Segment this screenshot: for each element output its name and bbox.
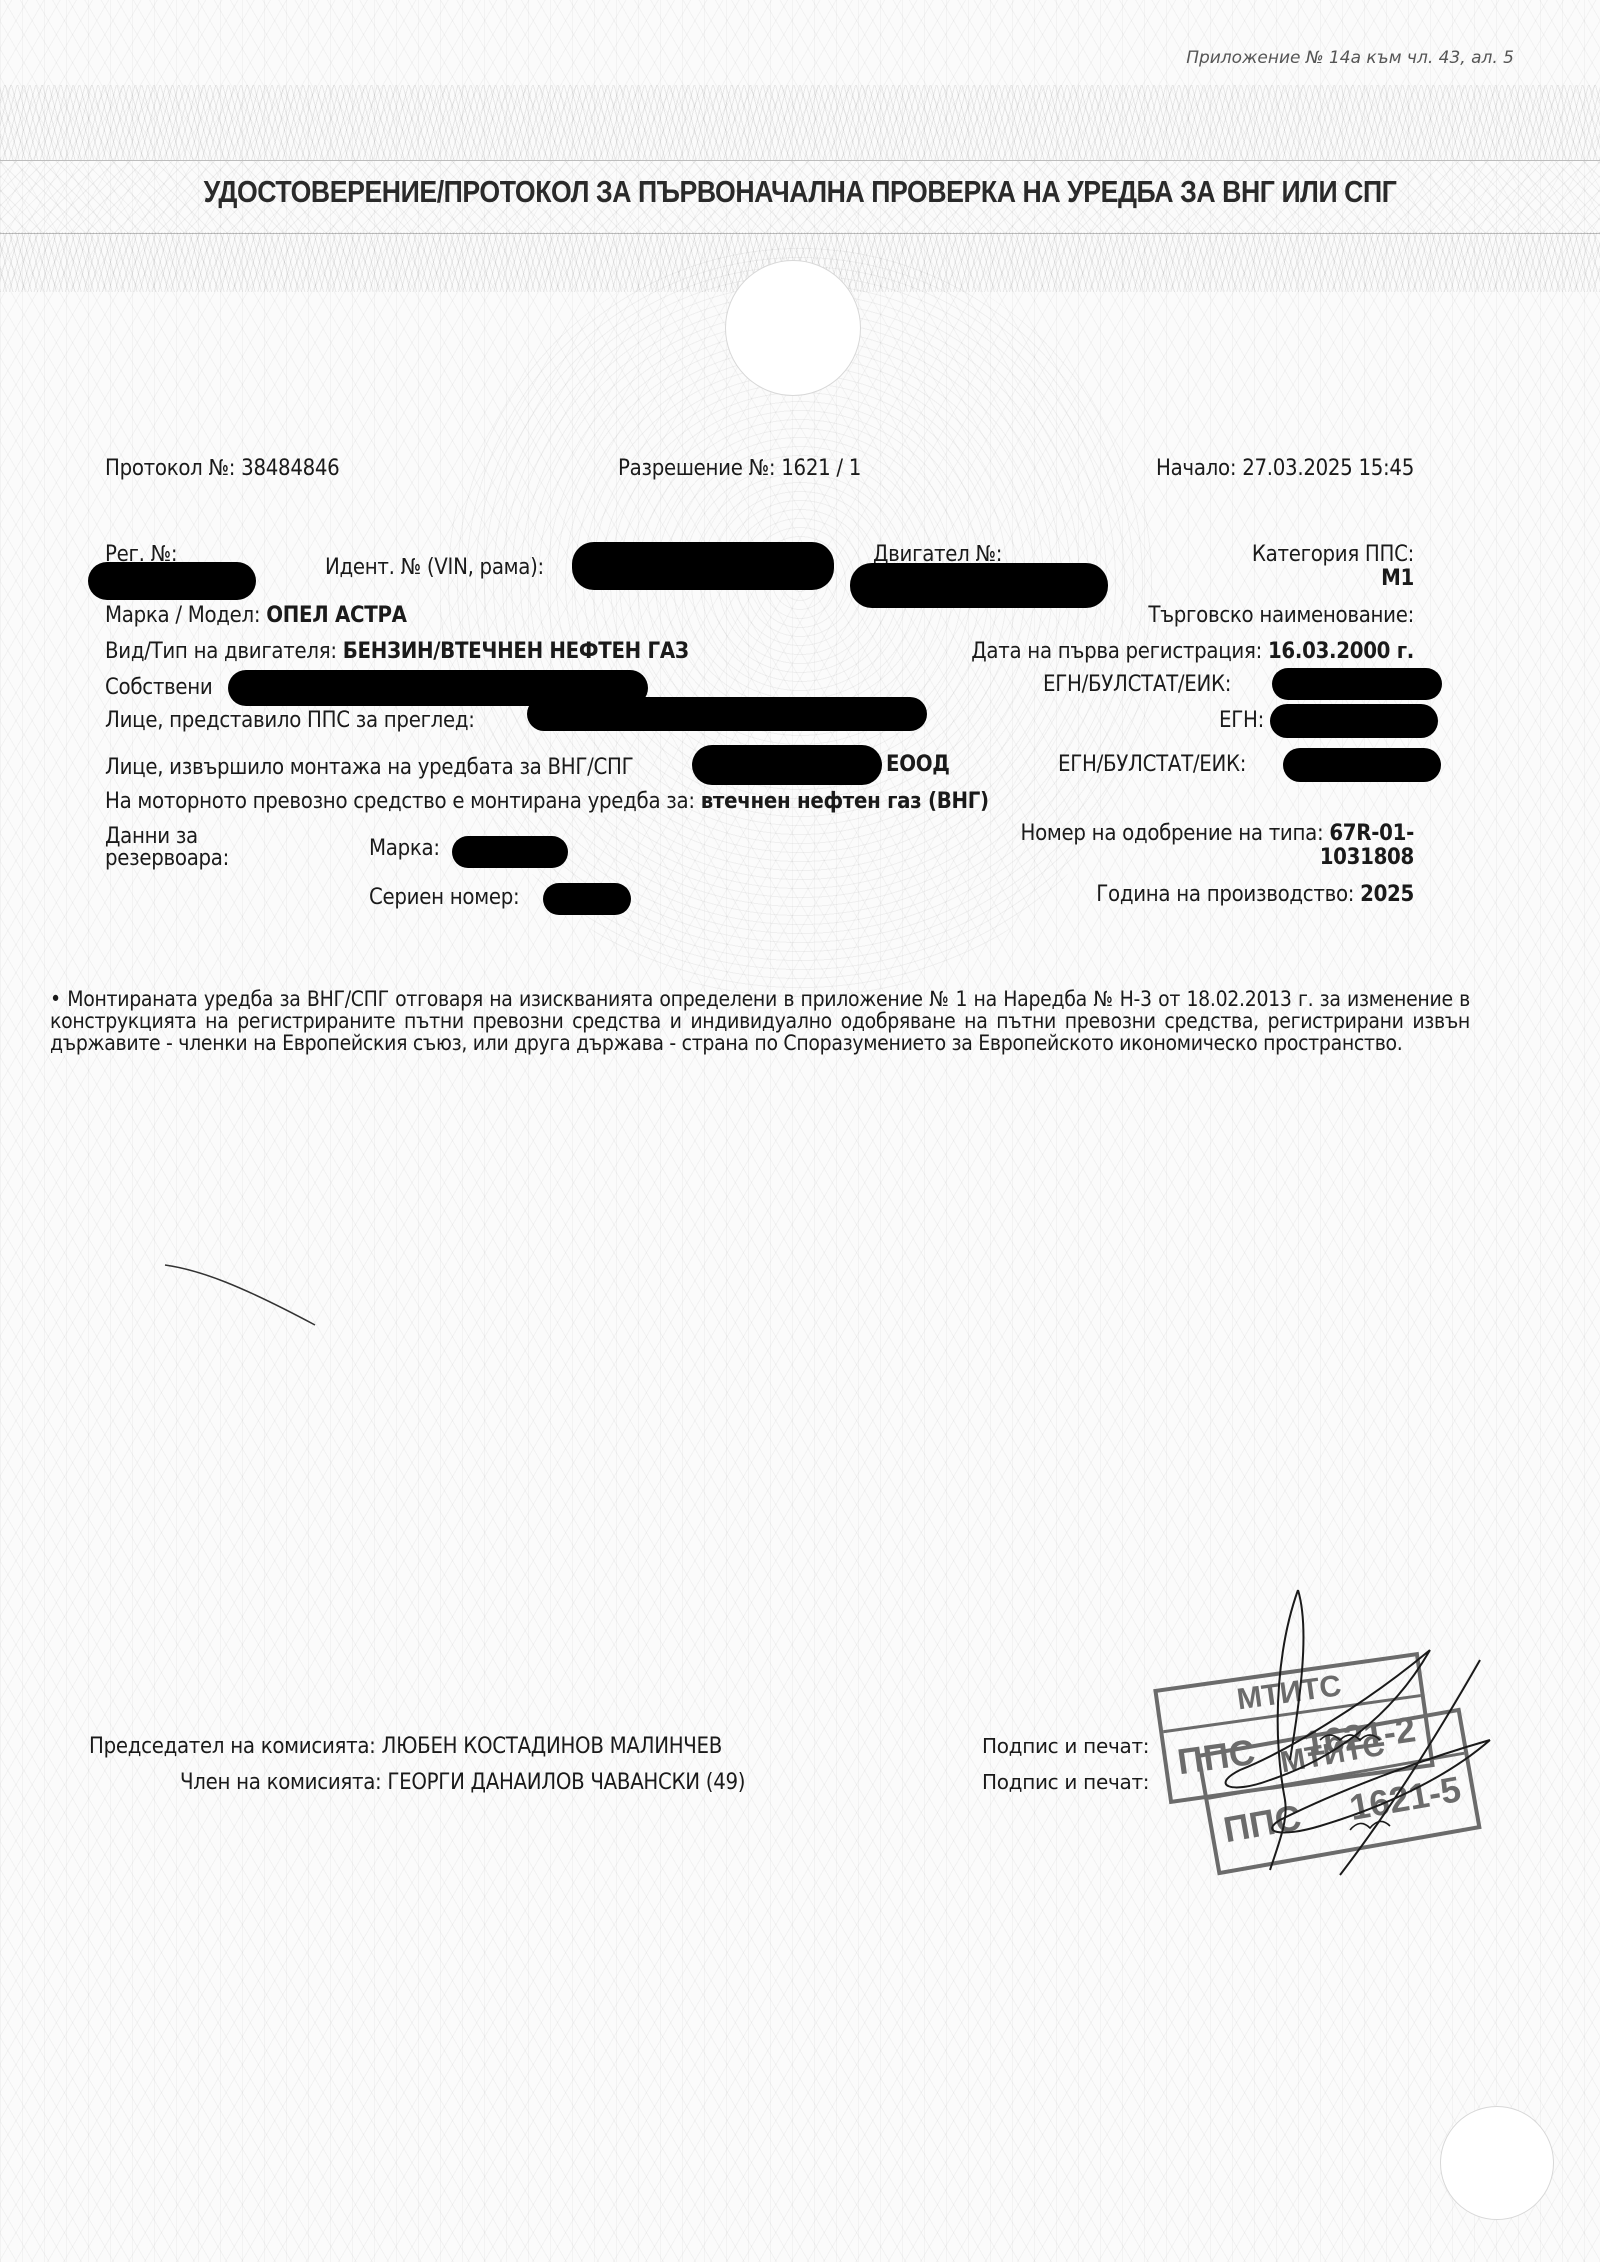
document-title: УДОСТОВЕРЕНИЕ/ПРОТОКОЛ ЗА ПЪРВОНАЧАЛНА П…: [112, 174, 1488, 210]
permit-number: Разрешение №: 1621 / 1: [618, 456, 861, 481]
chair-name: ЛЮБЕН КОСТАДИНОВ МАЛИНЧЕВ: [382, 1734, 723, 1759]
type-approval-value-line2: 1031808: [1021, 846, 1414, 870]
owner-label: Собствени: [105, 675, 213, 700]
start-value: 27.03.2025 15:45: [1242, 456, 1414, 481]
production-year-label: Година на производство:: [1096, 882, 1354, 907]
compliance-statement: • Монтираната уредба за ВНГ/СПГ отговаря…: [50, 988, 1470, 1054]
engine-type-value: БЕНЗИН/ВТЕЧНЕН НЕФТЕН ГАЗ: [343, 639, 689, 664]
protocol-number-label: Протокол №:: [105, 456, 235, 481]
tank-data-label-line1: Данни за: [105, 826, 229, 848]
tank-make-label: Марка:: [369, 836, 440, 861]
permit-number-value: 1621 / 1: [781, 456, 861, 481]
presenter-id-label: ЕГН:: [1219, 708, 1264, 733]
vin-label: Идент. № (VIN, рама):: [325, 555, 544, 580]
trade-name-label: Търговско наименование:: [1148, 603, 1414, 628]
redacted-presenter-id: [1270, 704, 1438, 738]
presenter-label: Лице, представило ППС за преглед:: [105, 708, 475, 733]
first-registration-label: Дата на първа регистрация:: [971, 639, 1262, 664]
production-year-value: 2025: [1360, 882, 1414, 907]
redacted-engine-number: [850, 563, 1108, 608]
make-model-value: ОПЕЛ АСТРА: [266, 603, 406, 628]
owner-id-label: ЕГН/БУЛСТАТ/ЕИК:: [1043, 672, 1231, 697]
redacted-installer: [692, 745, 882, 785]
redacted-tank-serial: [543, 883, 631, 915]
type-approval: Номер на одобрение на типа: 67R-01- 1031…: [1021, 822, 1414, 870]
category-label: Категория ППС:: [1252, 542, 1414, 567]
first-registration: Дата на първа регистрация: 16.03.2000 г.: [971, 639, 1414, 664]
decorative-band-top: [0, 85, 1600, 160]
category-value: М1: [1381, 566, 1414, 591]
start-datetime: Начало: 27.03.2025 15:45: [1156, 456, 1414, 481]
member-label: Член на комисията:: [180, 1770, 381, 1795]
first-registration-value: 16.03.2000 г.: [1268, 639, 1414, 664]
appendix-reference: Приложение № 14а към чл. 43, ал. 5: [1186, 48, 1514, 68]
redacted-owner-id: [1272, 668, 1442, 700]
punch-hole-bottom: [1440, 2106, 1554, 2220]
installer-label: Лице, извършило монтажа на уредбата за В…: [105, 755, 633, 780]
redacted-vin: [572, 542, 834, 590]
handwritten-signatures: [1170, 1580, 1510, 1880]
signature-label-2: Подпис и печат:: [982, 1770, 1149, 1794]
installer-id-label: ЕГН/БУЛСТАТ/ЕИК:: [1058, 752, 1246, 777]
member-name: ГЕОРГИ ДАНАИЛОВ ЧАВАНСКИ (49): [387, 1770, 745, 1795]
redacted-tank-make: [452, 836, 568, 868]
start-label: Начало:: [1156, 456, 1236, 481]
type-approval-value-line1: 67R-01-: [1329, 821, 1414, 846]
commission-chair: Председател на комисията: ЛЮБЕН КОСТАДИН…: [89, 1734, 722, 1759]
installed-system-label: На моторното превозно средство е монтира…: [105, 789, 695, 814]
tank-serial-label: Сериен номер:: [369, 885, 519, 910]
tank-data-label: Данни за резервоара:: [105, 826, 229, 870]
chair-label: Председател на комисията:: [89, 1734, 376, 1759]
production-year: Година на производство: 2025: [1096, 882, 1414, 907]
redacted-reg-number: [88, 562, 256, 600]
protocol-number-value: 38484846: [241, 456, 339, 481]
engine-type: Вид/Тип на двигателя: БЕНЗИН/ВТЕЧНЕН НЕФ…: [105, 639, 689, 664]
tank-data-label-line2: резервоара:: [105, 848, 229, 870]
installed-system: На моторното превозно средство е монтира…: [105, 789, 989, 814]
engine-type-label: Вид/Тип на двигателя:: [105, 639, 337, 664]
type-approval-label: Номер на одобрение на типа:: [1021, 821, 1324, 846]
protocol-number: Протокол №: 38484846: [105, 456, 339, 481]
make-model: Марка / Модел: ОПЕЛ АСТРА: [105, 603, 407, 628]
permit-number-label: Разрешение №:: [618, 456, 775, 481]
redacted-installer-id: [1283, 748, 1441, 782]
installed-system-value: втечнен нефтен газ (ВНГ): [701, 789, 989, 814]
commission-member: Член на комисията: ГЕОРГИ ДАНАИЛОВ ЧАВАН…: [180, 1770, 745, 1795]
make-model-label: Марка / Модел:: [105, 603, 260, 628]
punch-hole-top: [725, 260, 861, 396]
pen-stroke-mark: [160, 1260, 330, 1340]
redacted-presenter: [527, 697, 927, 731]
installer-suffix: ЕООД: [886, 752, 950, 777]
signature-label-1: Подпис и печат:: [982, 1734, 1149, 1758]
